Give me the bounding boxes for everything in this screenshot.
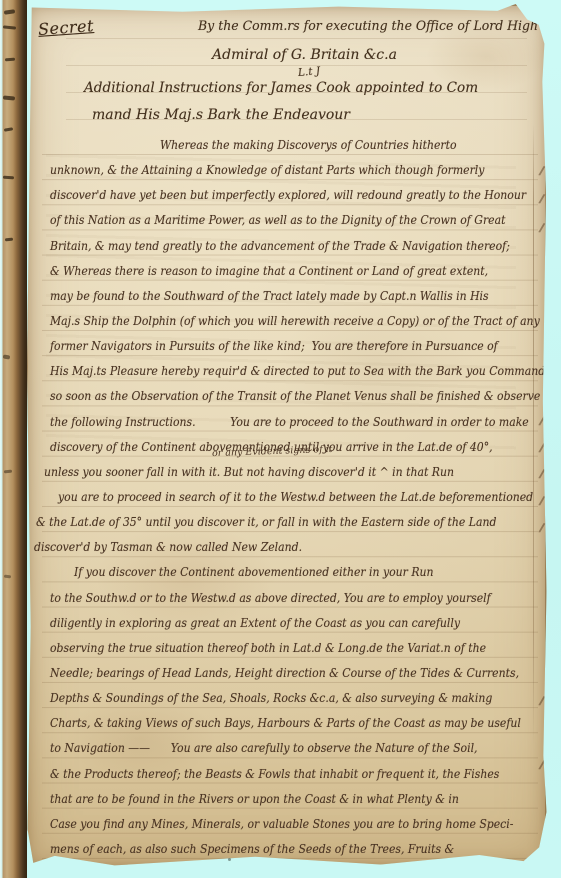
manuscript-line: that are to be found in the Rivers or up…: [50, 786, 476, 811]
gutter-ink-fragment: [3, 25, 16, 29]
book-binding-gutter: [0, 0, 27, 878]
gutter-ink-fragment: [3, 95, 15, 100]
manuscript-line: to the Southw.d or to the Westw.d as abo…: [50, 585, 476, 610]
header-line-endeavour: mand His Maj.s Bark the Endeavour: [92, 103, 547, 127]
manuscript-line: so soon as the Observation of the Transi…: [50, 383, 476, 408]
manuscript-line: Depths & Soundings of the Sea, Shoals, R…: [50, 685, 476, 710]
manuscript-line: the following Instructions. You are to p…: [50, 409, 476, 434]
gutter-ink-fragment: [4, 127, 13, 132]
manuscript-line: Case you find any Mines, Minerals, or va…: [50, 811, 476, 836]
manuscript-line: Needle; bearings of Head Lands, Height d…: [50, 660, 476, 685]
manuscript-line: may be found to the Southward of the Tra…: [50, 283, 476, 308]
manuscript-line: Charts, & taking Views of such Bays, Har…: [50, 710, 476, 735]
manuscript-line: & Whereas there is reason to imagine tha…: [50, 258, 476, 283]
gutter-ink-fragment: [5, 238, 13, 242]
manuscript-line: & the Products thereof; the Beasts & Fow…: [50, 761, 476, 786]
document-header: By the Comm.rs for executing the Office …: [26, 16, 547, 127]
gutter-ink-fragment: [4, 575, 11, 579]
manuscript-line: His Maj.ts Pleasure hereby requir'd & di…: [50, 358, 476, 383]
gutter-ink-fragment: [3, 354, 11, 359]
header-line-commissioners: By the Comm.rs for executing the Office …: [198, 16, 533, 38]
header-line-instructions: Additional Instructions for James Cook a…: [84, 76, 533, 100]
manuscript-line: unknown, & the Attaining a Knowledge of …: [50, 157, 476, 182]
manuscript-line: Whereas the making Discoverys of Countri…: [160, 132, 491, 157]
header-superscript-insertion: L.t J: [298, 65, 321, 79]
gutter-ink-fragment: [3, 176, 14, 180]
manuscript-line-with-caret: unless you sooner fall in with it. But n…: [44, 459, 476, 484]
manuscript-body-text: Whereas the making Discoverys of Countri…: [54, 132, 540, 861]
gutter-ink-fragment: [4, 9, 15, 14]
manuscript-paper-sheet: Secret By the Comm.rs for executing the …: [26, 4, 547, 868]
header-line-admiral: Admiral of G. Britain &c.a: [212, 42, 547, 68]
manuscript-line: discover'd have yet been but imperfectly…: [50, 182, 476, 207]
manuscript-line: Britain, & may tend greatly to the advan…: [50, 233, 476, 258]
manuscript-line: Maj.s Ship the Dolphin (of which you wil…: [50, 308, 476, 333]
manuscript-line: discover'd by Tasman & now called New Ze…: [34, 534, 474, 559]
manuscript-line: mens of each, as also such Specimens of …: [50, 836, 476, 861]
manuscript-line: If you discover the Continent abovementi…: [74, 559, 479, 584]
manuscript-line: you are to proceed in search of it to th…: [58, 484, 477, 509]
manuscript-line: & the Lat.de of 35° until you discover i…: [36, 509, 474, 534]
manuscript-line: observing the true situation thereof bot…: [50, 635, 476, 660]
manuscript-line: diligently in exploring as great an Exte…: [50, 610, 476, 635]
manuscript-line: of this Nation as a Maritime Power, as w…: [50, 207, 476, 232]
scanned-manuscript-page: Secret By the Comm.rs for executing the …: [0, 0, 561, 878]
manuscript-line: to Navigation —— You are also carefully …: [50, 735, 476, 760]
gutter-ink-fragment: [4, 470, 12, 474]
scan-speck: [228, 858, 231, 861]
gutter-ink-fragment: [5, 58, 15, 62]
manuscript-line: former Navigators in Pursuits of the lik…: [50, 333, 476, 358]
